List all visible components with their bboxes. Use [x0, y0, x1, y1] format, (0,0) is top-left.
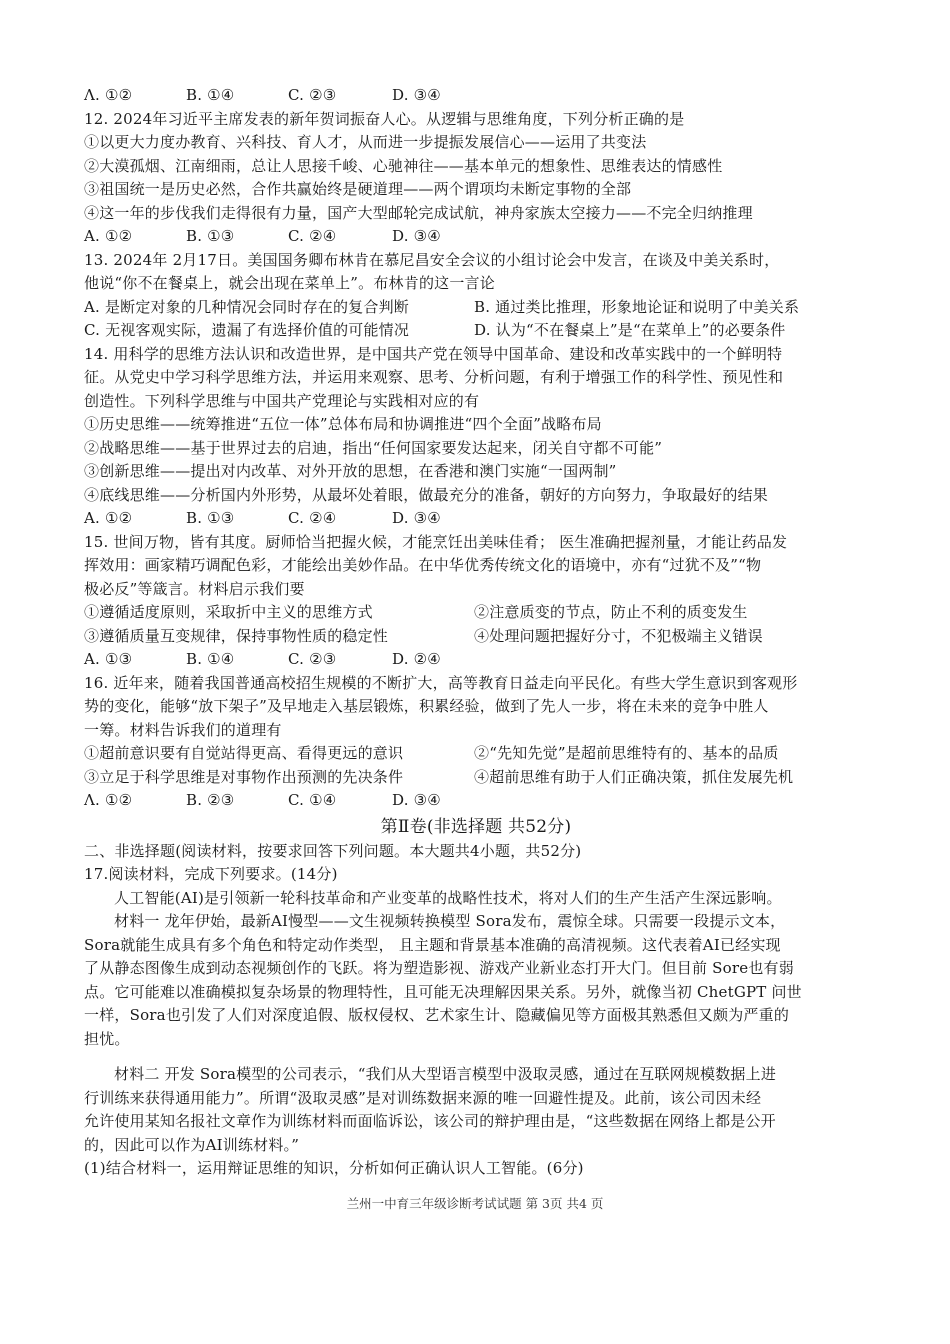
option-b: B. 通过类比推理，形象地论证和说明了中美关系 [474, 296, 799, 320]
statement-item: ③立足于科学思维是对事物作出预测的先决条件 [84, 766, 474, 790]
question-14: 14. 用科学的思维方法认识和改造世界，是中国共产党在领导中国革命、建设和改革实… [84, 343, 868, 531]
question-stem-line: 14. 用科学的思维方法认识和改造世界，是中国共产党在领导中国革命、建设和改革实… [84, 343, 868, 367]
answer-options: A. ①② B. ①③ C. ②④ D. ③④ [84, 225, 868, 249]
option-c: C. ②④ [288, 225, 392, 249]
question-15: 15. 世间万物，皆有其度。厨师恰当把握火候，才能烹饪出美味佳肴； 医生准确把握… [84, 531, 868, 672]
option-b: B. ①④ [186, 84, 288, 108]
question-stem-line: 他说“你不在餐桌上，就会出现在菜单上”。布林肯的这一言论 [84, 272, 868, 296]
statement-row: ①超前意识要有自觉站得更高、看得更远的意识 ②“先知先觉”是超前思维特有的、基本… [84, 742, 868, 766]
statement-item: ③祖国统一是历史必然，合作共赢始终是硬道理——两个谓项均未断定事物的全部 [84, 178, 868, 202]
sub-question-1: (1)结合材料一，运用辩证思维的知识，分析如何正确认识人工智能。(6分) [84, 1157, 868, 1181]
statement-item: ④处理问题把握好分寸，不犯极端主义错误 [474, 625, 763, 649]
material-line: 点。它可能难以准确模拟复杂场景的物理特性，且可能无决理解因果关系。另外，就像当初… [84, 981, 868, 1005]
option-c: C. ①④ [288, 789, 392, 813]
statement-item: ①以更大力度办教育、兴科技、育人才，从而进一步提振发展信心——运用了共变法 [84, 131, 868, 155]
statement-row: ③立足于科学思维是对事物作出预测的先决条件 ④超前思维有助于人们正确决策，抓住发… [84, 766, 868, 790]
material-line: Sora就能生成具有多个角色和特定动作类型， 且主题和背景基本准确的高清视频。这… [84, 934, 868, 958]
page-footer: 兰州一中育三年级诊断考试试题 第 3页 共4 页 [0, 1194, 950, 1212]
answer-options-row: A. 是断定对象的几种情况会同时存在的复合判断 B. 通过类比推理，形象地论证和… [84, 296, 868, 320]
statement-item: ④这一年的步伐我们走得很有力量，国产大型邮轮完成试航，神舟家族太空接力——不完全… [84, 202, 868, 226]
question-stem: 12. 2024年习近平主席发表的新年贺词振奋人心。从逻辑与思维角度，下列分析正… [84, 108, 868, 132]
option-c: C. ②④ [288, 507, 392, 531]
statement-item: ④底线思维——分析国内外形势，从最坏处着眼，做最充分的准备，朝好的方向努力，争取… [84, 484, 868, 508]
question-stem-line: 13. 2024年 2月17日。美国国务卿布林肯在慕尼昌安全会议的小组讨论会中发… [84, 249, 868, 273]
option-d: D. ②④ [392, 648, 441, 672]
statement-item: ③遵循质量互变规律，保持事物性质的稳定性 [84, 625, 474, 649]
statement-item: ①超前意识要有自觉站得更高、看得更远的意识 [84, 742, 474, 766]
question-16: 16. 近年来，随着我国普通高校招生规模的不断扩大，高等教育日益走向平民化。有些… [84, 672, 868, 813]
material-1: 材料一 龙年伊始，最新AI慢型——文生视频转换模型 Sora发布，震惊全球。只需… [84, 910, 868, 1051]
answer-options: A. ①③ B. ①④ C. ②③ D. ②④ [84, 648, 868, 672]
question-stem-line: 势的变化，能够“放下架子”及早地走入基层锻炼，积累经验，做到了先人一步，将在未来… [84, 695, 868, 719]
option-b: B. ①③ [186, 507, 288, 531]
answer-options: Λ. ①② B. ②③ C. ①④ D. ③④ [84, 789, 868, 813]
question-stem-line: 创造性。下列科学思维与中国共产党理论与实践相对应的有 [84, 390, 868, 414]
option-a: A. 是断定对象的几种情况会同时存在的复合判断 [84, 296, 474, 320]
option-d: D. ③④ [392, 507, 441, 531]
section-heading: 二、非选择题(阅读材料，按要求回答下列问题。本大题共4小题，共52分) [84, 840, 868, 864]
material-line: 允许使用某知名报社文章作为训练材料而面临诉讼，该公司的辩护理由是，“这些数据在网… [84, 1110, 868, 1134]
question-stem-line: 挥效用：画家精巧调配色彩，才能绘出美妙作品。在中华优秀传统文化的语境中，亦有“过… [84, 554, 868, 578]
option-b: B. ②③ [186, 789, 288, 813]
statement-item: ②注意质变的节点，防止不利的质变发生 [474, 601, 748, 625]
answer-options-row: C. 无视客观实际，遗漏了有选择价值的可能情况 D. 认为“不在餐桌上”是“在菜… [84, 319, 868, 343]
q11-options: Λ. ①② B. ①④ C. ②③ D. ③④ [84, 84, 868, 108]
question-13: 13. 2024年 2月17日。美国国务卿布林肯在慕尼昌安全会议的小组讨论会中发… [84, 249, 868, 343]
statement-item: ②战略思维——基于世界过去的启迪，指出“任何国家要发达起来，闭关自守都不可能” [84, 437, 868, 461]
option-b: B. ①③ [186, 225, 288, 249]
question-12: 12. 2024年习近平主席发表的新年贺词振奋人心。从逻辑与思维角度，下列分析正… [84, 108, 868, 249]
material-2: 材料二 开发 Sora模型的公司表示，“我们从大型语言模型中汲取灵感，通过在互联… [84, 1063, 868, 1157]
answer-options: A. ①② B. ①③ C. ②④ D. ③④ [84, 507, 868, 531]
material-line: 一样，Sora也引发了人们对深度追假、版权侵权、艺术家生计、隐藏偏见等方面极其熟… [84, 1004, 868, 1028]
option-c: C. 无视客观实际，遗漏了有选择价值的可能情况 [84, 319, 474, 343]
statement-item: ②“先知先觉”是超前思维特有的、基本的品质 [474, 742, 779, 766]
statement-item: ④超前思维有助于人们正确决策，抓住发展先机 [474, 766, 793, 790]
option-b: B. ①④ [186, 648, 288, 672]
statement-row: ③遵循质量互变规律，保持事物性质的稳定性 ④处理问题把握好分寸，不犯极端主义错误 [84, 625, 868, 649]
question-stem-line: 16. 近年来，随着我国普通高校招生规模的不断扩大，高等教育日益走向平民化。有些… [84, 672, 868, 696]
question-heading: 17.阅读材料，完成下列要求。(14分) [84, 863, 868, 887]
part-2-title: 第Ⅱ卷(非选择题 共52分) [84, 814, 868, 840]
option-a: A. ①② [84, 225, 186, 249]
material-line: 担忧。 [84, 1028, 868, 1052]
option-d: D. ③④ [392, 84, 441, 108]
material-line: 了从静态图像生成到动态视频创作的飞跃。将为塑造影视、游戏产业新业态打开大门。但目… [84, 957, 868, 981]
exam-page: Λ. ①② B. ①④ C. ②③ D. ③④ 12. 2024年习近平主席发表… [84, 84, 868, 1181]
option-d: D. ③④ [392, 789, 441, 813]
option-d: D. 认为“不在餐桌上”是“在菜单上”的必要条件 [474, 319, 786, 343]
option-a: A. ①② [84, 507, 186, 531]
option-a: Λ. ①② [84, 789, 186, 813]
statement-item: ③创新思维——提出对内改革、对外开放的思想，在香港和澳门实施“一国两制” [84, 460, 868, 484]
material-line: 的，因此可以作为AI训练材料。” [84, 1134, 868, 1158]
option-a: Λ. ①② [84, 84, 186, 108]
option-c: C. ②③ [288, 648, 392, 672]
statement-item: ①遵循适度原则，采取折中主义的思维方式 [84, 601, 474, 625]
material-line: 行训练来获得通用能力”。所谓“汲取灵感”是对训练数据来源的唯一回避性提及。此前，… [84, 1087, 868, 1111]
statement-item: ①历史思维——统筹推进“五位一体”总体布局和协调推进“四个全面”战略布局 [84, 413, 868, 437]
intro-paragraph: 人工智能(AI)是引领新一轮科技革命和产业变革的战略性技术，将对人们的生产生活产… [84, 887, 868, 911]
material-line: 材料二 开发 Sora模型的公司表示，“我们从大型语言模型中汲取灵感，通过在互联… [84, 1063, 868, 1087]
question-17: 17.阅读材料，完成下列要求。(14分) 人工智能(AI)是引领新一轮科技革命和… [84, 863, 868, 1181]
question-stem-line: 15. 世间万物，皆有其度。厨师恰当把握火候，才能烹饪出美味佳肴； 医生准确把握… [84, 531, 868, 555]
statement-item: ②大漠孤烟、江南细雨，总让人思接千峻、心驰神往——基本单元的想象性、思维表达的情… [84, 155, 868, 179]
option-a: A. ①③ [84, 648, 186, 672]
statement-row: ①遵循适度原则，采取折中主义的思维方式 ②注意质变的节点，防止不利的质变发生 [84, 601, 868, 625]
question-stem-line: 极必反”等箴言。材料启示我们要 [84, 578, 868, 602]
question-stem-line: 一筹。材料告诉我们的道理有 [84, 719, 868, 743]
option-c: C. ②③ [288, 84, 392, 108]
option-d: D. ③④ [392, 225, 441, 249]
question-stem-line: 征。从党史中学习科学思维方法，并运用来观察、思考、分析问题，有利于增强工作的科学… [84, 366, 868, 390]
material-line: 材料一 龙年伊始，最新AI慢型——文生视频转换模型 Sora发布，震惊全球。只需… [84, 910, 868, 934]
